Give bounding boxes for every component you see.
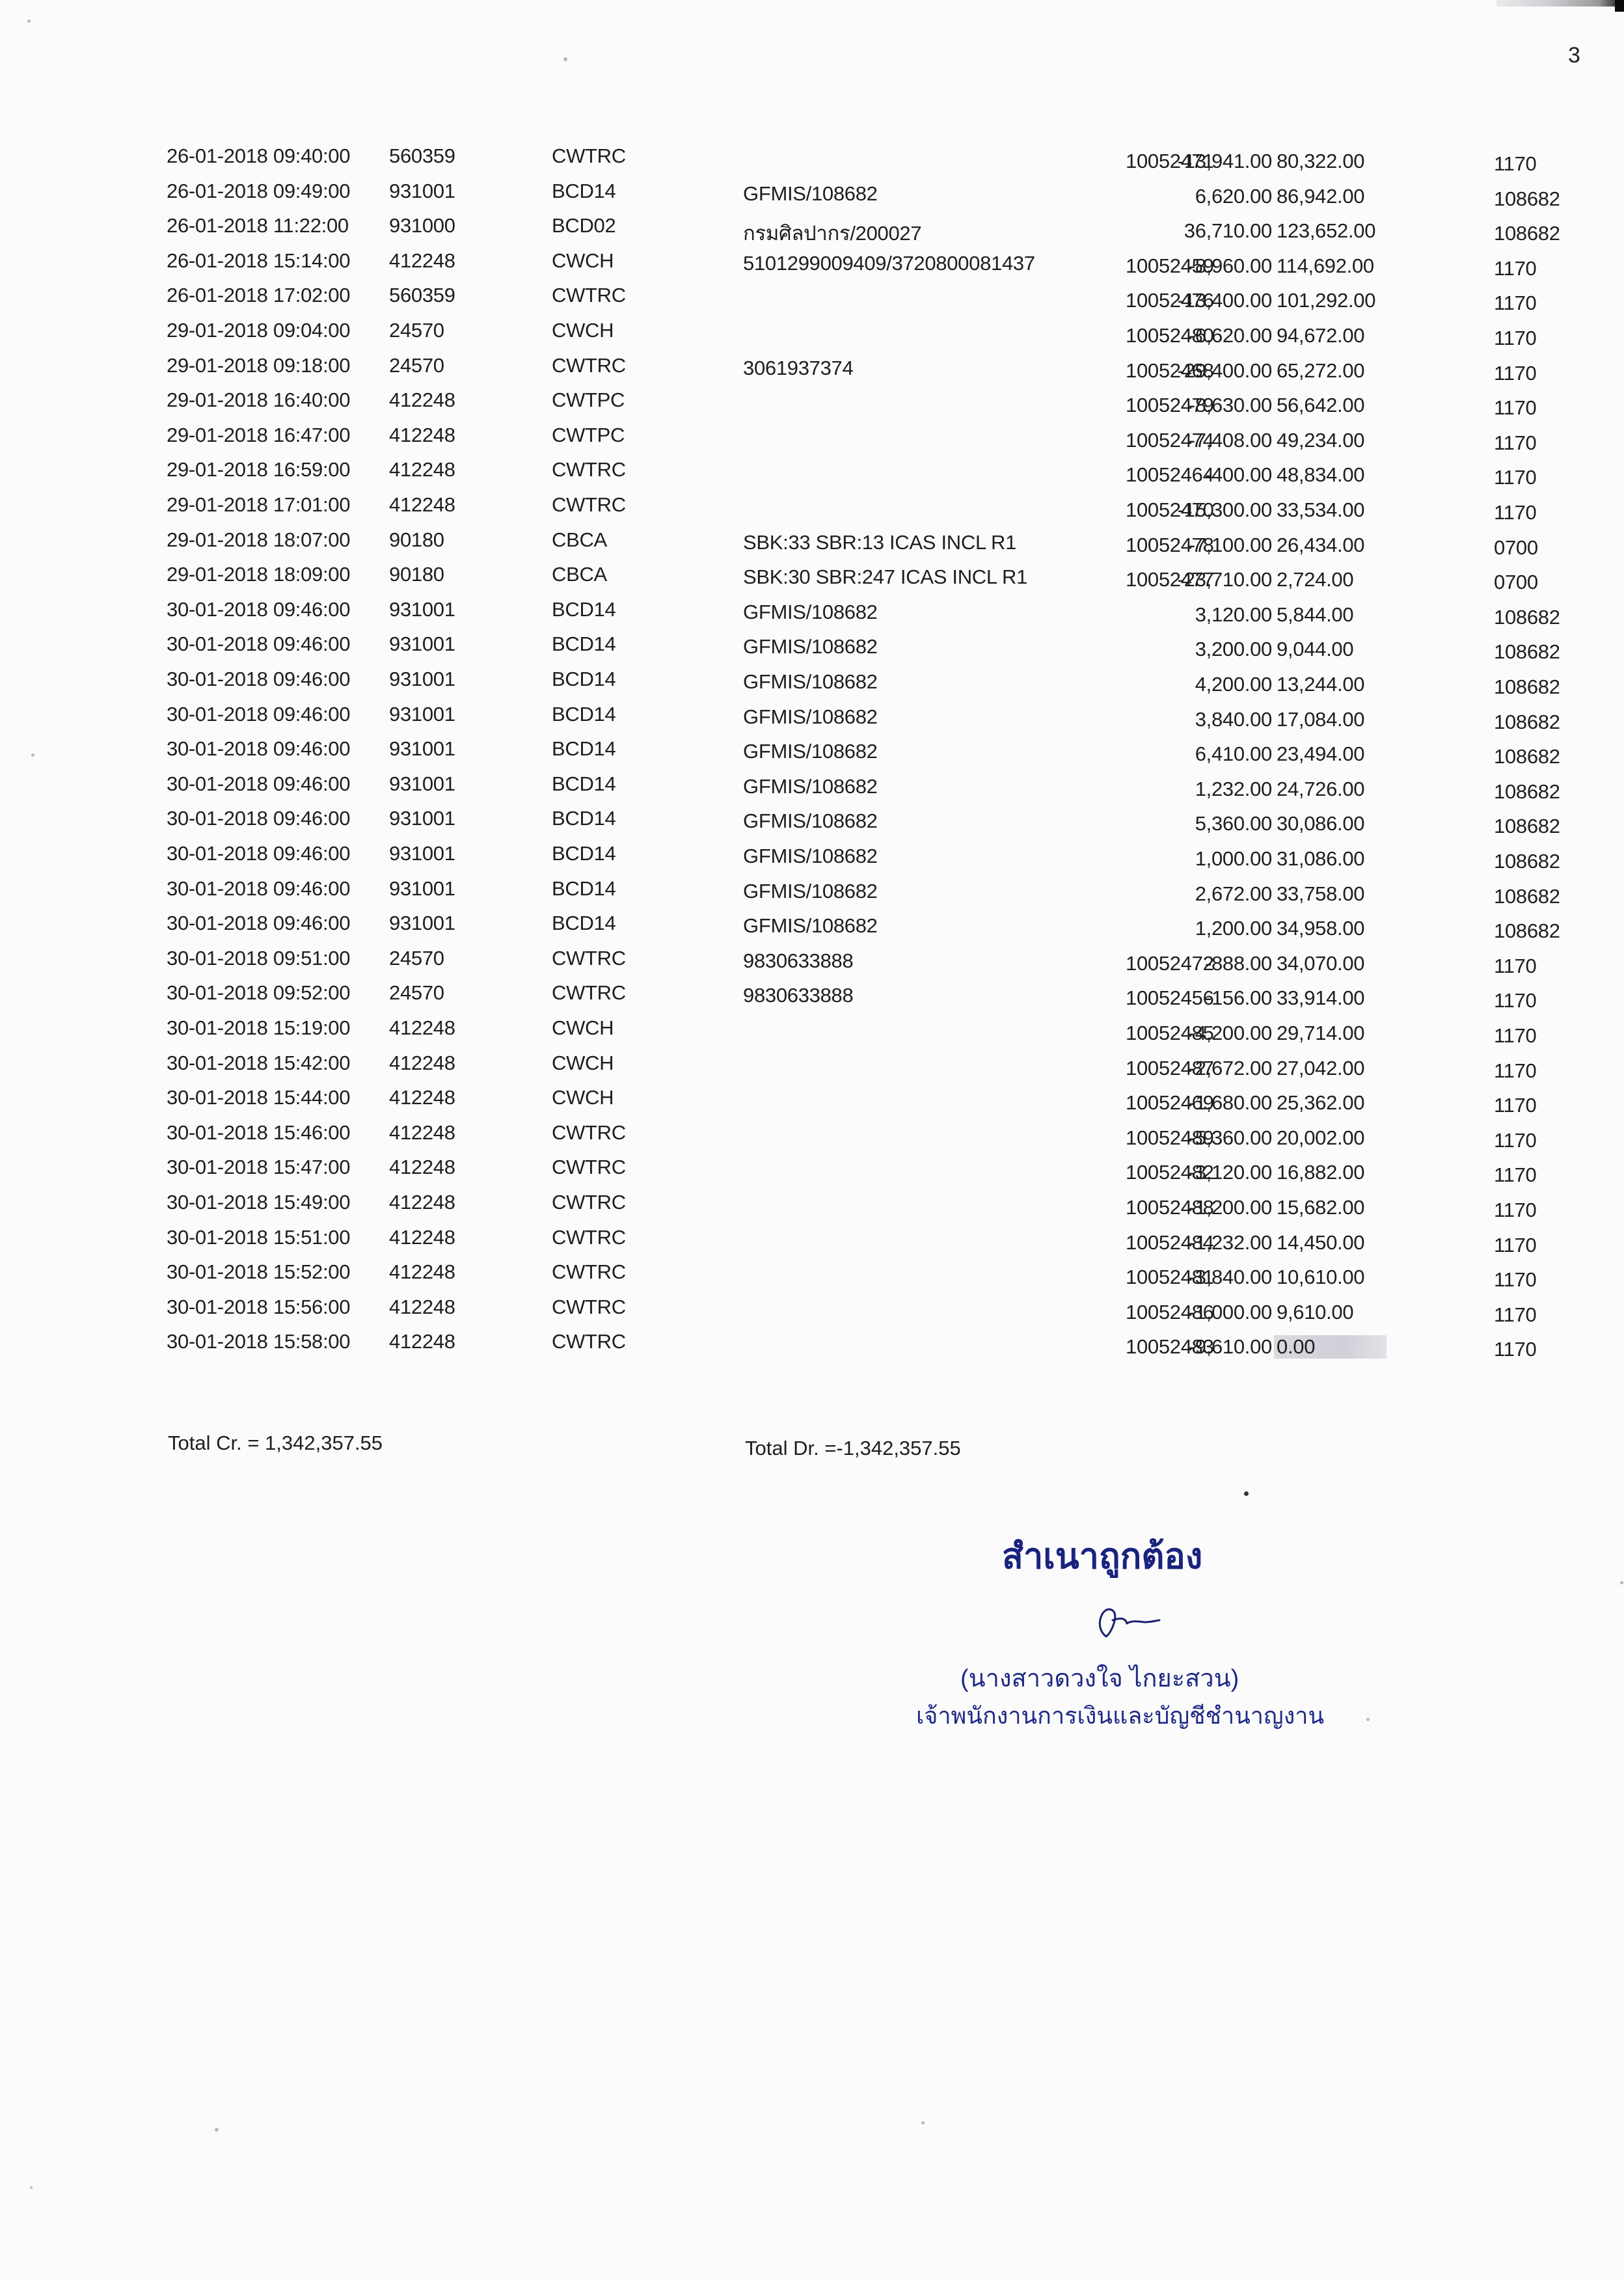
table-row: 29-01-2018 09:18:00 24570 CWTRC 30619373…	[0, 354, 1624, 380]
cell-transaction-code: CWTRC	[552, 144, 626, 168]
cell-description: GFMIS/108682	[743, 740, 878, 763]
cell-teller-id: 412248	[389, 388, 455, 412]
table-row: 30-01-2018 09:46:00 931001 BCD14 GFMIS/1…	[0, 842, 1624, 868]
cell-amount: 36,710.00	[1184, 219, 1272, 243]
signer-position: เจ้าพนักงานการเงินและบัญชีชำนาญงาน	[916, 1697, 1324, 1734]
stamp-title: สำเนาถูกต้อง	[1002, 1528, 1202, 1584]
cell-balance: 114,692.00	[1277, 254, 1374, 278]
table-row: 30-01-2018 15:19:00 412248 CWCH 10052485…	[0, 1016, 1624, 1042]
table-row: 30-01-2018 15:46:00 412248 CWTRC 1005248…	[0, 1121, 1624, 1147]
cell-description: GFMIS/108682	[743, 601, 878, 624]
cell-transaction-code: CWTRC	[552, 458, 626, 482]
balance-value: 29,714.00	[1277, 1022, 1364, 1044]
table-row: 26-01-2018 09:40:00 560359 CWTRC 1005247…	[0, 144, 1624, 170]
cell-balance: 33,534.00	[1277, 498, 1364, 522]
scan-speck	[215, 2128, 219, 2132]
table-row: 30-01-2018 09:52:00 24570 CWTRC 98306338…	[0, 981, 1624, 1007]
cell-amount: 1,000.00	[1195, 847, 1272, 871]
cell-amount: -9,610.00	[1189, 1335, 1272, 1359]
cell-balance: 29,714.00	[1277, 1022, 1364, 1045]
cell-amount: 3,120.00	[1195, 603, 1272, 627]
table-row: 30-01-2018 09:46:00 931001 BCD14 GFMIS/1…	[0, 912, 1624, 938]
balance-value: 49,234.00	[1277, 429, 1364, 452]
cell-balance: 123,652.00	[1277, 219, 1375, 243]
cell-transaction-code: BCD14	[552, 180, 616, 203]
cell-branch: 108682	[1494, 919, 1560, 943]
table-row: 30-01-2018 15:52:00 412248 CWTRC 1005248…	[0, 1260, 1624, 1286]
cell-branch: 1170	[1494, 152, 1536, 176]
cell-teller-id: 24570	[389, 319, 444, 342]
cell-teller-id: 931001	[389, 877, 455, 901]
balance-value: 33,914.00	[1277, 986, 1364, 1009]
balance-value: 114,692.00	[1277, 254, 1374, 277]
cell-teller-id: 412248	[389, 1226, 455, 1249]
cell-branch: 1170	[1494, 292, 1536, 315]
cell-amount: -3,840.00	[1189, 1266, 1272, 1289]
cell-teller-id: 412248	[389, 424, 455, 447]
cell-amount: -400.00	[1205, 463, 1272, 487]
cell-amount: -6,620.00	[1189, 324, 1272, 347]
cell-description: กรมศิลปากร/200027	[743, 217, 921, 249]
cell-balance: 15,682.00	[1277, 1196, 1364, 1219]
cell-datetime: 26-01-2018 09:49:00	[167, 180, 350, 203]
cell-datetime: 30-01-2018 09:46:00	[167, 737, 350, 761]
cell-transaction-code: CWCH	[552, 249, 614, 273]
signature-icon	[1087, 1601, 1165, 1646]
table-row: 29-01-2018 18:09:00 90180 CBCA SBK:30 SB…	[0, 563, 1624, 589]
cell-teller-id: 412248	[389, 1330, 455, 1353]
table-row: 30-01-2018 09:46:00 931001 BCD14 GFMIS/1…	[0, 598, 1624, 624]
scan-speck	[27, 20, 31, 23]
cell-transaction-code: CWTRC	[552, 1260, 626, 1284]
cell-branch: 108682	[1494, 640, 1560, 664]
cell-balance: 14,450.00	[1277, 1231, 1364, 1255]
cell-transaction-code: CWCH	[552, 319, 614, 342]
cell-balance: 86,942.00	[1277, 185, 1364, 208]
cell-branch: 108682	[1494, 815, 1560, 838]
cell-amount: 3,200.00	[1195, 638, 1272, 661]
cell-amount: 1,200.00	[1195, 917, 1272, 940]
cell-teller-id: 24570	[389, 981, 444, 1005]
cell-teller-id: 931001	[389, 598, 455, 621]
cell-transaction-code: CWTRC	[552, 354, 626, 377]
cell-teller-id: 412248	[389, 1156, 455, 1179]
balance-value: 2,724.00	[1277, 568, 1353, 591]
cell-branch: 1170	[1494, 431, 1536, 455]
cell-balance: 80,322.00	[1277, 150, 1364, 173]
cell-balance: 13,244.00	[1277, 673, 1364, 696]
cell-balance: 101,292.00	[1277, 289, 1375, 312]
cell-transaction-code: CWTRC	[552, 1121, 626, 1145]
cell-teller-id: 560359	[389, 144, 455, 168]
cell-amount: 6,410.00	[1195, 742, 1272, 766]
table-row: 30-01-2018 09:51:00 24570 CWTRC 98306338…	[0, 947, 1624, 973]
cell-balance: 30,086.00	[1277, 812, 1364, 835]
cell-description: GFMIS/108682	[743, 670, 878, 694]
cell-teller-id: 412248	[389, 1052, 455, 1075]
balance-value: 17,084.00	[1277, 708, 1364, 731]
cell-transaction-code: BCD14	[552, 877, 616, 901]
cell-teller-id: 412248	[389, 1016, 455, 1040]
cell-teller-id: 412248	[389, 1296, 455, 1319]
cell-balance: 20,002.00	[1277, 1126, 1364, 1150]
cell-transaction-code: CWTRC	[552, 284, 626, 307]
scan-speck	[921, 2121, 925, 2124]
cell-datetime: 29-01-2018 09:04:00	[167, 319, 350, 342]
cell-reference: 10052472	[1126, 952, 1214, 975]
cell-amount: -156.00	[1205, 986, 1272, 1010]
balance-value: 27,042.00	[1277, 1057, 1364, 1079]
cell-datetime: 30-01-2018 09:46:00	[167, 807, 350, 830]
cell-branch: 108682	[1494, 885, 1560, 908]
cell-branch: 1170	[1494, 362, 1536, 385]
cell-description: GFMIS/108682	[743, 880, 878, 903]
balance-value: 25,362.00	[1277, 1091, 1364, 1114]
balance-value: 34,070.00	[1277, 952, 1364, 975]
cell-transaction-code: CWCH	[552, 1086, 614, 1109]
cell-datetime: 29-01-2018 18:07:00	[167, 528, 350, 552]
balance-value: 15,682.00	[1277, 1196, 1364, 1219]
total-credit: Total Cr. = 1,342,357.55	[168, 1432, 383, 1455]
cell-branch: 1170	[1494, 327, 1536, 350]
cell-amount: -13,400.00	[1178, 289, 1272, 312]
cell-teller-id: 931001	[389, 842, 455, 865]
cell-branch: 1170	[1494, 1338, 1536, 1361]
cell-transaction-code: BCD14	[552, 807, 616, 830]
cell-balance: 33,914.00	[1277, 986, 1364, 1010]
cell-transaction-code: CWTPC	[552, 424, 625, 447]
table-row: 29-01-2018 17:01:00 412248 CWTRC 1005247…	[0, 493, 1624, 519]
cell-description: 9830633888	[743, 949, 853, 973]
cell-branch: 1170	[1494, 955, 1536, 978]
cell-datetime: 26-01-2018 11:22:00	[167, 214, 349, 238]
cell-amount: -4,200.00	[1189, 1022, 1272, 1045]
cell-amount: -2,672.00	[1189, 1057, 1272, 1080]
cell-balance: 34,070.00	[1277, 952, 1364, 975]
table-row: 26-01-2018 15:14:00 412248 CWCH 51012990…	[0, 249, 1624, 275]
cell-amount: -7,100.00	[1189, 534, 1272, 557]
balance-value: 65,272.00	[1277, 359, 1364, 382]
table-row: 26-01-2018 11:22:00 931000 BCD02 กรมศิลป…	[0, 214, 1624, 240]
cell-description: GFMIS/108682	[743, 635, 878, 658]
balance-value: 33,758.00	[1277, 882, 1364, 905]
table-row: 30-01-2018 09:46:00 931001 BCD14 GFMIS/1…	[0, 632, 1624, 658]
cell-amount: -8,960.00	[1189, 254, 1272, 278]
cell-balance: 23,494.00	[1277, 742, 1364, 766]
cell-amount: -15,300.00	[1178, 498, 1272, 522]
balance-value: 56,642.00	[1277, 394, 1364, 416]
cell-balance: 5,844.00	[1277, 603, 1353, 627]
cell-transaction-code: BCD14	[552, 737, 616, 761]
cell-description: SBK:30 SBR:247 ICAS INCL R1	[743, 565, 1027, 589]
cell-branch: 1170	[1494, 501, 1536, 524]
cell-datetime: 30-01-2018 15:49:00	[167, 1191, 350, 1214]
cell-teller-id: 24570	[389, 354, 444, 377]
balance-value: 5,844.00	[1277, 603, 1353, 626]
cell-reference: 10052464	[1126, 463, 1214, 487]
cell-datetime: 30-01-2018 15:56:00	[167, 1296, 350, 1319]
balance-value: 16,882.00	[1277, 1161, 1364, 1184]
cell-transaction-code: CWTRC	[552, 947, 626, 970]
cell-datetime: 30-01-2018 09:46:00	[167, 772, 350, 796]
cell-teller-id: 412248	[389, 1260, 455, 1284]
table-row: 30-01-2018 15:47:00 412248 CWTRC 1005248…	[0, 1156, 1624, 1182]
balance-value: 101,292.00	[1277, 289, 1375, 312]
cell-teller-id: 931001	[389, 737, 455, 761]
cell-balance: 16,882.00	[1277, 1161, 1364, 1184]
cell-datetime: 30-01-2018 15:52:00	[167, 1260, 350, 1284]
cell-description: GFMIS/108682	[743, 705, 878, 729]
cell-datetime: 30-01-2018 15:47:00	[167, 1156, 350, 1179]
cell-teller-id: 931001	[389, 632, 455, 656]
balance-value: 48,834.00	[1277, 463, 1364, 486]
cell-datetime: 26-01-2018 09:40:00	[167, 144, 350, 168]
cell-amount: -5,360.00	[1189, 1126, 1272, 1150]
cell-branch: 0700	[1494, 571, 1538, 594]
table-row: 30-01-2018 15:51:00 412248 CWTRC 1005248…	[0, 1226, 1624, 1252]
balance-value: 0.00	[1277, 1335, 1315, 1358]
cell-datetime: 30-01-2018 09:46:00	[167, 668, 350, 691]
table-row: 30-01-2018 09:46:00 931001 BCD14 GFMIS/1…	[0, 772, 1624, 798]
cell-balance: 9,610.00	[1277, 1301, 1353, 1324]
table-row: 29-01-2018 16:59:00 412248 CWTRC 1005246…	[0, 458, 1624, 484]
cell-teller-id: 412248	[389, 458, 455, 482]
cell-teller-id: 90180	[389, 563, 444, 586]
balance-value: 123,652.00	[1277, 219, 1375, 242]
cell-datetime: 30-01-2018 15:46:00	[167, 1121, 350, 1145]
cell-amount: -13,941.00	[1178, 150, 1272, 173]
table-row: 30-01-2018 09:46:00 931001 BCD14 GFMIS/1…	[0, 807, 1624, 833]
balance-value: 10,610.00	[1277, 1266, 1364, 1288]
cell-datetime: 30-01-2018 09:46:00	[167, 703, 350, 726]
balance-value: 33,534.00	[1277, 498, 1364, 521]
cell-branch: 1170	[1494, 1129, 1536, 1152]
balance-value: 86,942.00	[1277, 185, 1364, 208]
cell-amount: -1,232.00	[1189, 1231, 1272, 1255]
cell-description: SBK:33 SBR:13 ICAS INCL R1	[743, 531, 1016, 554]
cell-description: GFMIS/108682	[743, 182, 878, 206]
cell-datetime: 29-01-2018 18:09:00	[167, 563, 350, 586]
cell-datetime: 30-01-2018 09:46:00	[167, 632, 350, 656]
cell-branch: 1170	[1494, 1059, 1536, 1083]
cell-amount: 2,672.00	[1195, 882, 1272, 906]
cell-balance: 48,834.00	[1277, 463, 1364, 487]
cell-datetime: 30-01-2018 09:46:00	[167, 877, 350, 901]
cell-description: GFMIS/108682	[743, 809, 878, 833]
cell-branch: 1170	[1494, 1268, 1536, 1292]
cell-transaction-code: BCD14	[552, 632, 616, 656]
cell-datetime: 26-01-2018 15:14:00	[167, 249, 350, 273]
scan-speck	[1620, 1581, 1623, 1584]
balance-value: 23,494.00	[1277, 742, 1364, 765]
cell-datetime: 30-01-2018 15:58:00	[167, 1330, 350, 1353]
cell-amount: -1,200.00	[1189, 1196, 1272, 1219]
cell-datetime: 29-01-2018 17:01:00	[167, 493, 350, 517]
cell-amount: 1,232.00	[1195, 778, 1272, 801]
certified-copy-stamp: สำเนาถูกต้อง (นางสาวดวงใจ ไกยะสวน) เจ้าพ…	[898, 1497, 1353, 1757]
cell-datetime: 30-01-2018 09:51:00	[167, 947, 350, 970]
cell-description: 5101299009409/3720800081437	[743, 252, 1035, 275]
cell-branch: 108682	[1494, 222, 1560, 245]
balance-value: 24,726.00	[1277, 778, 1364, 800]
table-row: 29-01-2018 09:04:00 24570 CWCH 10052480 …	[0, 319, 1624, 345]
cell-balance: 34,958.00	[1277, 917, 1364, 940]
cell-branch: 1170	[1494, 1234, 1536, 1257]
cell-branch: 108682	[1494, 606, 1560, 629]
cell-description: GFMIS/108682	[743, 775, 878, 798]
cell-teller-id: 24570	[389, 947, 444, 970]
balance-value: 80,322.00	[1277, 150, 1364, 172]
cell-transaction-code: BCD14	[552, 668, 616, 691]
table-row: 29-01-2018 16:40:00 412248 CWTPC 1005247…	[0, 388, 1624, 414]
cell-balance: 49,234.00	[1277, 429, 1364, 452]
cell-transaction-code: BCD14	[552, 842, 616, 865]
balance-value: 94,672.00	[1277, 324, 1364, 347]
cell-amount: -1,000.00	[1189, 1301, 1272, 1324]
cell-branch: 108682	[1494, 675, 1560, 699]
cell-description: 3061937374	[743, 357, 853, 380]
table-row: 26-01-2018 09:49:00 931001 BCD14 GFMIS/1…	[0, 180, 1624, 206]
cell-reference: 10052456	[1126, 986, 1214, 1010]
scan-speck	[30, 2186, 33, 2189]
cell-branch: 108682	[1494, 780, 1560, 804]
cell-transaction-code: CWTRC	[552, 981, 626, 1005]
cell-teller-id: 931001	[389, 912, 455, 935]
signer-name: (นางสาวดวงใจ ไกยะสวน)	[960, 1658, 1239, 1698]
table-row: 30-01-2018 09:46:00 931001 BCD14 GFMIS/1…	[0, 668, 1624, 694]
cell-balance: 27,042.00	[1277, 1057, 1364, 1080]
cell-branch: 1170	[1494, 1094, 1536, 1117]
cell-datetime: 29-01-2018 16:47:00	[167, 424, 350, 447]
cell-transaction-code: BCD02	[552, 214, 616, 238]
table-row: 26-01-2018 17:02:00 560359 CWTRC 1005247…	[0, 284, 1624, 310]
cell-datetime: 30-01-2018 15:44:00	[167, 1086, 350, 1109]
cell-teller-id: 412248	[389, 1191, 455, 1214]
cell-transaction-code: CWTRC	[552, 493, 626, 517]
cell-transaction-code: BCD14	[552, 703, 616, 726]
cell-amount: -29,400.00	[1178, 359, 1272, 383]
cell-description: GFMIS/108682	[743, 914, 878, 938]
cell-branch: 1170	[1494, 1163, 1536, 1187]
cell-amount: -3,120.00	[1189, 1161, 1272, 1184]
scan-speck	[1366, 1718, 1370, 1721]
cell-balance: 2,724.00	[1277, 568, 1353, 591]
cell-amount: -23,710.00	[1178, 568, 1272, 591]
cell-datetime: 30-01-2018 15:42:00	[167, 1052, 350, 1075]
cell-branch: 1170	[1494, 396, 1536, 420]
cell-teller-id: 931001	[389, 807, 455, 830]
cell-description: GFMIS/108682	[743, 845, 878, 868]
cell-datetime: 26-01-2018 17:02:00	[167, 284, 350, 307]
cell-transaction-code: BCD14	[552, 598, 616, 621]
cell-balance: 94,672.00	[1277, 324, 1364, 347]
cell-transaction-code: BCD14	[552, 912, 616, 935]
cell-amount: -8,630.00	[1189, 394, 1272, 417]
cell-description: 9830633888	[743, 984, 853, 1007]
table-row: 30-01-2018 15:44:00 412248 CWCH 10052469…	[0, 1086, 1624, 1112]
cell-teller-id: 931000	[389, 214, 455, 238]
cell-datetime: 30-01-2018 09:46:00	[167, 598, 350, 621]
cell-transaction-code: CWTRC	[552, 1191, 626, 1214]
cell-branch: 1170	[1494, 1199, 1536, 1222]
table-row: 29-01-2018 18:07:00 90180 CBCA SBK:33 SB…	[0, 528, 1624, 554]
balance-value: 26,434.00	[1277, 534, 1364, 556]
total-debit: Total Dr. =-1,342,357.55	[745, 1437, 961, 1460]
cell-transaction-code: CWTRC	[552, 1330, 626, 1353]
cell-teller-id: 412248	[389, 249, 455, 273]
cell-datetime: 30-01-2018 09:46:00	[167, 842, 350, 865]
cell-branch: 1170	[1494, 989, 1536, 1012]
cell-balance: 9,044.00	[1277, 638, 1353, 661]
cell-teller-id: 931001	[389, 703, 455, 726]
balance-value: 34,958.00	[1277, 917, 1364, 940]
cell-transaction-code: CWTRC	[552, 1156, 626, 1179]
scan-speck	[563, 57, 567, 61]
cell-transaction-code: CBCA	[552, 528, 607, 552]
cell-balance: 0.00	[1274, 1335, 1387, 1359]
table-row: 30-01-2018 15:56:00 412248 CWTRC 1005248…	[0, 1296, 1624, 1322]
cell-balance: 24,726.00	[1277, 778, 1364, 801]
cell-transaction-code: BCD14	[552, 772, 616, 796]
cell-teller-id: 412248	[389, 1086, 455, 1109]
balance-value: 9,610.00	[1277, 1301, 1353, 1323]
scan-speck	[1244, 1491, 1249, 1496]
cell-branch: 0700	[1494, 536, 1538, 560]
cell-balance: 31,086.00	[1277, 847, 1364, 871]
table-row: 30-01-2018 09:46:00 931001 BCD14 GFMIS/1…	[0, 737, 1624, 763]
cell-datetime: 29-01-2018 16:40:00	[167, 388, 350, 412]
cell-datetime: 30-01-2018 15:51:00	[167, 1226, 350, 1249]
page-number: 3	[1568, 43, 1580, 68]
cell-datetime: 30-01-2018 09:46:00	[167, 912, 350, 935]
cell-datetime: 30-01-2018 15:19:00	[167, 1016, 350, 1040]
cell-branch: 1170	[1494, 1303, 1536, 1327]
cell-amount: 6,620.00	[1195, 185, 1272, 208]
scan-edge-artifact	[1496, 0, 1624, 7]
cell-branch: 1170	[1494, 466, 1536, 489]
cell-amount: 4,200.00	[1195, 673, 1272, 696]
cell-teller-id: 931001	[389, 180, 455, 203]
cell-datetime: 29-01-2018 16:59:00	[167, 458, 350, 482]
table-row: 30-01-2018 15:42:00 412248 CWCH 10052487…	[0, 1052, 1624, 1078]
cell-transaction-code: CWTRC	[552, 1296, 626, 1319]
cell-datetime: 29-01-2018 09:18:00	[167, 354, 350, 377]
cell-teller-id: 412248	[389, 493, 455, 517]
cell-balance: 10,610.00	[1277, 1266, 1364, 1289]
cell-teller-id: 412248	[389, 1121, 455, 1145]
cell-amount: -1,680.00	[1189, 1091, 1272, 1115]
cell-transaction-code: CWTPC	[552, 388, 625, 412]
table-row: 30-01-2018 09:46:00 931001 BCD14 GFMIS/1…	[0, 877, 1624, 903]
cell-balance: 17,084.00	[1277, 708, 1364, 731]
cell-balance: 25,362.00	[1277, 1091, 1364, 1115]
cell-balance: 33,758.00	[1277, 882, 1364, 906]
cell-teller-id: 931001	[389, 772, 455, 796]
cell-branch: 108682	[1494, 187, 1560, 211]
balance-value: 14,450.00	[1277, 1231, 1364, 1254]
balance-value: 9,044.00	[1277, 638, 1353, 660]
cell-branch: 108682	[1494, 711, 1560, 734]
cell-balance: 26,434.00	[1277, 534, 1364, 557]
cell-balance: 65,272.00	[1277, 359, 1364, 383]
cell-teller-id: 90180	[389, 528, 444, 552]
cell-amount: 3,840.00	[1195, 708, 1272, 731]
cell-transaction-code: CWCH	[552, 1052, 614, 1075]
table-row: 29-01-2018 16:47:00 412248 CWTPC 1005247…	[0, 424, 1624, 450]
cell-transaction-code: CWCH	[552, 1016, 614, 1040]
cell-branch: 1170	[1494, 257, 1536, 280]
table-row: 30-01-2018 15:58:00 412248 CWTRC 1005248…	[0, 1330, 1624, 1356]
